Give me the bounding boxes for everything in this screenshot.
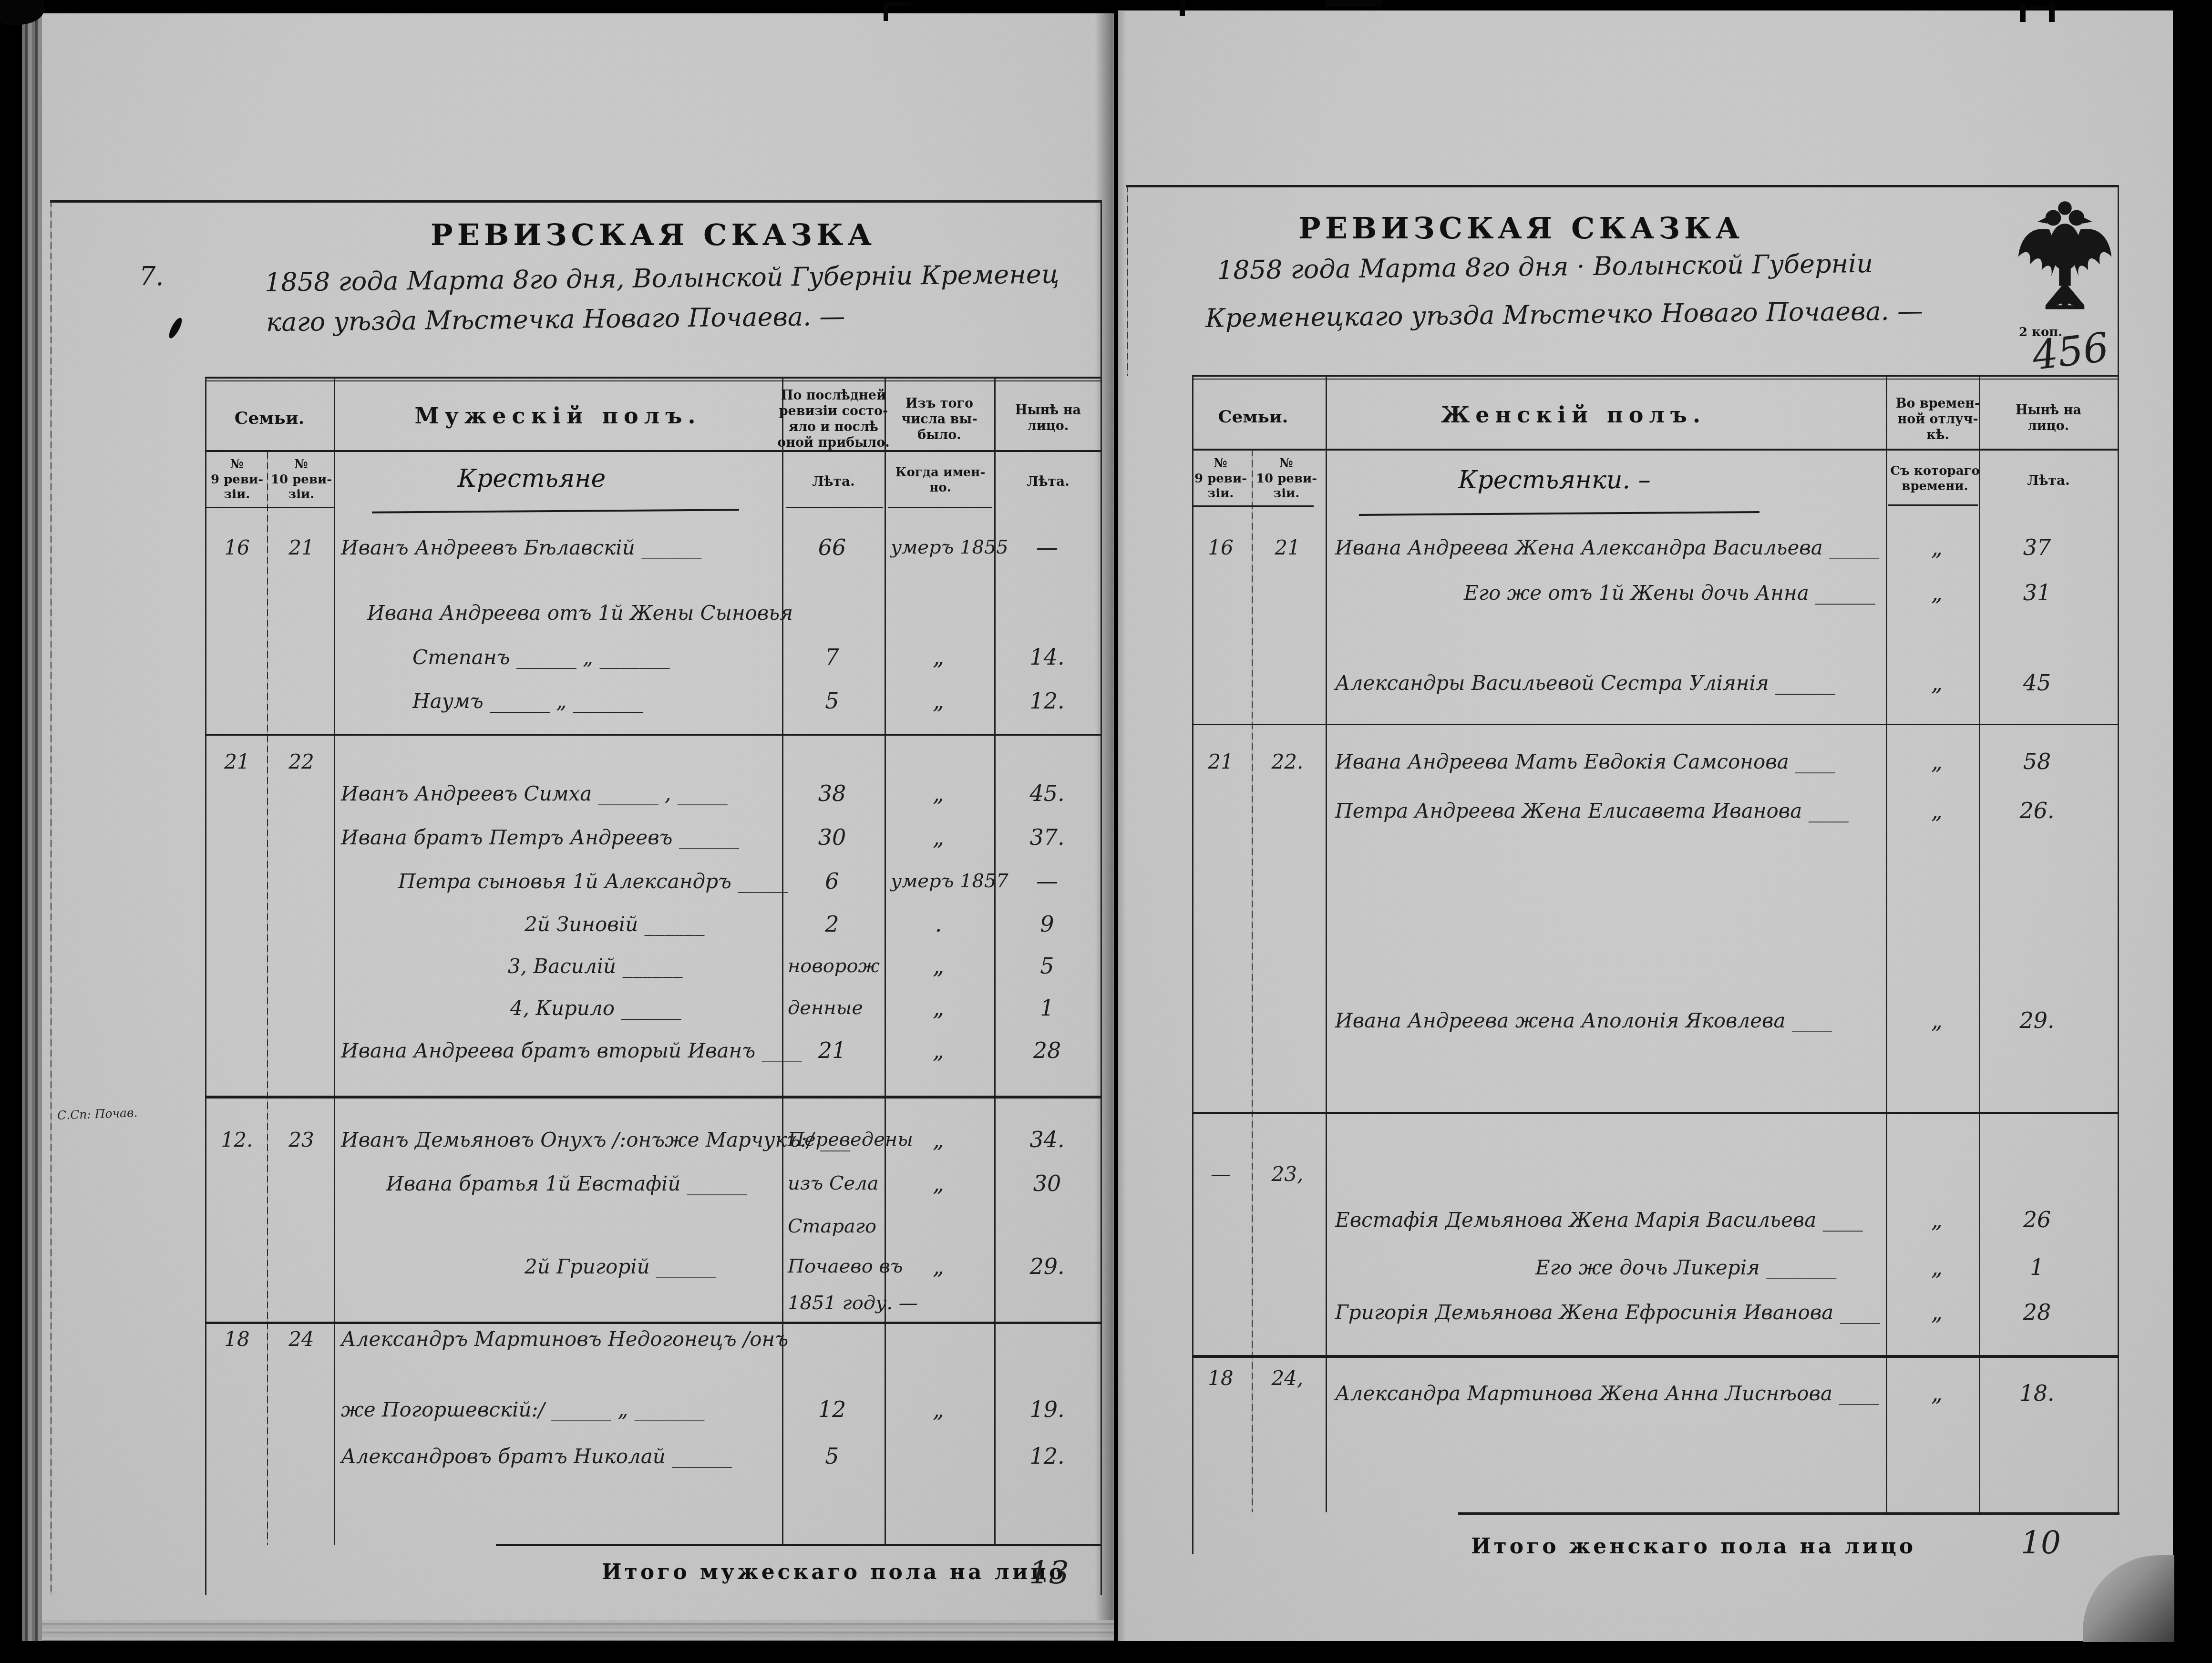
age-now: 12.	[1029, 1443, 1064, 1469]
left-subcol-when-header: Когда имен- но.	[895, 465, 985, 495]
age-now: 34.	[1029, 1127, 1064, 1152]
departure-note: „	[933, 1253, 944, 1279]
left-col-sex-header: Мужескій полъ.	[414, 402, 701, 429]
person-entry: Его же дочь Ликерія _______	[1535, 1256, 1836, 1279]
age-at-last-revision: изъ Села	[788, 1172, 879, 1194]
left-subcol-leta2-header: Лѣта.	[1027, 473, 1070, 490]
person-entry: 2й Зиновій ______	[525, 913, 705, 936]
age-at-last-revision: 30	[818, 824, 846, 850]
scan-artifact	[1180, 0, 1185, 16]
left-subheader-underline	[888, 507, 992, 508]
family-number-rev10: 23	[288, 1128, 314, 1151]
age-now: 37.	[1029, 824, 1064, 850]
left-col-divider	[334, 378, 335, 1545]
scan-artifact	[1326, 0, 1382, 7]
family-number-rev9: 18	[224, 1327, 249, 1351]
age-now: 26	[2023, 1207, 2051, 1232]
right-page-title: РЕВИЗСКАЯ СКАЗКА	[1298, 211, 1744, 246]
person-entry: 3, Василій ______	[508, 955, 682, 978]
age-now: —	[1036, 868, 1058, 894]
left-col-lastrevision-header: По послѣдней ревизіи состо- яло и послѣ …	[777, 388, 889, 451]
family-number-rev9: 16	[224, 536, 249, 559]
left-subcol-rev10-header: № 10 реви- зіи.	[271, 457, 332, 503]
right-table-border-left	[1192, 376, 1193, 1554]
age-now: 12.	[1029, 688, 1064, 714]
scan-artifact	[2020, 3, 2026, 22]
left-subheader-underline	[205, 507, 334, 508]
imperial-eagle-stamp-icon	[2016, 196, 2114, 323]
age-at-last-revision: Почаево въ	[788, 1255, 903, 1277]
departure-note: „	[933, 780, 944, 806]
person-entry: Александръ Мартиновъ Недогонецъ /онъ	[341, 1327, 788, 1351]
person-entry: Наумъ ______ „ _______	[412, 689, 643, 713]
book-gutter-shadow	[1095, 11, 1126, 1642]
age-at-last-revision: 12	[818, 1396, 846, 1422]
absence-note: „	[1931, 1299, 1943, 1325]
left-col-departed-header: Изъ того числа вы- было.	[901, 396, 977, 443]
age-now: 9	[1040, 911, 1054, 937]
person-entry: Александра Мартинова Жена Анна Лиснѣова …	[1335, 1382, 1879, 1405]
left-total-rule	[496, 1544, 1101, 1546]
age-now: —	[1036, 534, 1058, 560]
page-number-handwritten: 456	[2030, 324, 2111, 380]
departure-note: „	[933, 1170, 944, 1196]
family-separator	[205, 734, 1101, 736]
right-total-value: 10	[2021, 1524, 2061, 1561]
person-entry: Его же отъ 1й Жены дочь Анна ______	[1464, 581, 1875, 605]
person-entry: Иванъ Андреевъ Бѣлавскій ______	[341, 536, 701, 559]
person-entry: 4, Кирило ______	[510, 996, 681, 1020]
departure-note: „	[933, 824, 944, 850]
age-now: 18.	[2019, 1380, 2054, 1406]
left-table-top-rule2	[205, 380, 1101, 381]
person-entry: Евстафія Демьянова Жена Марія Васильева …	[1335, 1208, 1863, 1232]
left-total-label: Итого мужескаго пола на лицо	[602, 1560, 1066, 1584]
family-separator	[1192, 724, 2119, 725]
person-entry: Степанъ ______ „ _______	[412, 646, 669, 669]
person-entry: Иванъ Демьяновъ Онухъ /:онъже Марчукъ:/ …	[341, 1128, 850, 1151]
right-estate-handwritten: Крестьянки. –	[1458, 465, 1650, 495]
left-page-title: РЕВИЗСКАЯ СКАЗКА	[431, 217, 876, 252]
departure-note: „	[933, 1396, 944, 1422]
person-entry: Петра сыновья 1й Александръ _____	[398, 870, 788, 893]
age-at-last-revision: 5	[825, 1443, 839, 1469]
family-number-rev10: 22.	[1272, 750, 1304, 773]
left-table-top-rule	[205, 377, 1101, 379]
left-header-top-rule	[50, 200, 1101, 203]
family-number-rev10: 21	[1275, 536, 1300, 559]
departure-note: „	[933, 688, 944, 714]
left-col-divider	[885, 378, 886, 1545]
person-entry: Ивана братъ Петръ Андреевъ ______	[341, 826, 739, 849]
left-table-border-left	[205, 378, 206, 1595]
absence-note: „	[1931, 798, 1943, 823]
age-now: 28	[1033, 1037, 1061, 1063]
family-number-rev9: 18	[1208, 1366, 1233, 1390]
person-entry: Ивана Андреева жена Аполонія Яковлева __…	[1335, 1009, 1832, 1032]
age-at-last-revision: 5	[825, 688, 839, 714]
age-at-last-revision: Стараго	[788, 1215, 876, 1237]
left-table-header-rule	[205, 450, 1101, 452]
right-subheader-underline	[1888, 504, 1978, 506]
left-subheader-underline	[786, 507, 883, 508]
scan-artifact	[2049, 1, 2055, 22]
left-table-border-right	[1101, 200, 1102, 1595]
person-entry: Ивана Андреева братъ вторый Иванъ ____	[341, 1039, 802, 1062]
person-entry: Александровъ братъ Николай ______	[341, 1445, 732, 1468]
age-now: 31	[2023, 580, 2051, 606]
left-margin-note: С.Сп: Почав.	[57, 1106, 138, 1122]
age-now: 1	[1040, 995, 1054, 1021]
age-at-last-revision: новорож	[788, 955, 880, 977]
person-entry: Ивана братья 1й Евстафій ______	[386, 1172, 747, 1195]
right-subheader-underline	[1192, 505, 1314, 507]
person-entry: Ивана Андреева отъ 1й Жены Сыновья	[367, 601, 793, 625]
family-number-rev9: 12.	[221, 1128, 253, 1151]
person-entry: Петра Андреева Жена Елисавета Иванова __…	[1335, 799, 1849, 822]
absence-note: „	[1931, 580, 1943, 606]
revision-list-scan: РЕВИЗСКАЯ СКАЗКА 1858 года Марта 8го дня…	[0, 0, 2212, 1663]
departure-note: умеръ 1855	[891, 536, 1008, 558]
family-number-rev10: 21	[288, 536, 314, 559]
left-header-handwritten-line2: каго уѣзда Мѣстечка Новаго Почаева. —	[266, 301, 845, 338]
right-subcol-since-header: Съ котораго времени.	[1890, 464, 1980, 494]
age-now: 58	[2023, 749, 2051, 774]
age-at-last-revision: 7	[825, 644, 839, 670]
departure-note: „	[933, 953, 944, 979]
person-entry: Ивана Андреева Мать Евдокія Самсонова __…	[1335, 750, 1835, 773]
left-col-divider-rev	[267, 452, 268, 1545]
family-number-rev9: 16	[1208, 536, 1233, 559]
right-total-rule	[1458, 1512, 2119, 1515]
right-col-present-header: Нынѣ на лицо.	[2016, 403, 2081, 434]
person-entry: Григорія Демьянова Жена Ефросинія Иванов…	[1335, 1301, 1880, 1324]
absence-note: „	[1931, 1207, 1943, 1232]
age-now: 29.	[2019, 1007, 2054, 1033]
age-at-last-revision: 1851 году. —	[788, 1292, 918, 1314]
absence-note: „	[1931, 1254, 1943, 1280]
right-table-border-right	[2118, 185, 2119, 1512]
left-col-present-header: Нынѣ на лицо.	[1015, 403, 1081, 434]
age-now: 1	[2030, 1254, 2044, 1280]
person-entry: Иванъ Андреевъ Симха ______ , _____	[341, 782, 728, 805]
age-at-last-revision: Переведены	[788, 1129, 913, 1150]
family-number-rev10: 24,	[1272, 1366, 1304, 1390]
book-left-page-edges	[22, 16, 43, 1641]
left-estate-handwritten: Крестьяне	[458, 464, 606, 494]
age-now: 19.	[1029, 1396, 1064, 1422]
right-col-divider	[1326, 376, 1327, 1512]
left-margin-rule	[51, 200, 51, 1595]
age-now: 26.	[2019, 798, 2054, 823]
departure-note: умеръ 1857	[891, 870, 1008, 892]
right-col-divider	[1979, 376, 1980, 1512]
family-number-rev9: 21	[1208, 750, 1233, 773]
family-number-rev9: —	[1211, 1162, 1231, 1186]
right-col-family-header: Семьи.	[1218, 407, 1288, 428]
age-now: 28	[2023, 1299, 2051, 1325]
right-col-absence-header: Во времен- ной отлуч- кѣ.	[1896, 396, 1980, 443]
person-entry: Ивана Андреева Жена Александра Васильева…	[1335, 536, 1879, 559]
left-subcol-leta-header: Лѣта.	[812, 473, 855, 490]
left-col-family-header: Семьи.	[235, 408, 305, 429]
age-at-last-revision: 2	[825, 911, 839, 937]
departure-note: „	[933, 644, 944, 670]
left-col-divider	[782, 378, 783, 1545]
right-col-sex-header: Женскій полъ.	[1441, 401, 1706, 428]
family-number-rev10: 23,	[1272, 1162, 1304, 1186]
bottom-page-edges	[42, 1620, 1114, 1641]
absence-note: „	[1931, 1380, 1943, 1406]
left-subcol-rev9-header: № 9 реви- зіи.	[211, 457, 263, 503]
family-separator	[1192, 1355, 2119, 1358]
person-entry: 2й Григорій ______	[525, 1255, 716, 1278]
departure-note: „	[933, 995, 944, 1021]
age-now: 45	[2023, 670, 2051, 696]
right-subcol-rev9-header: № 9 реви- зіи.	[1194, 456, 1247, 502]
absence-note: „	[1931, 749, 1943, 774]
family-separator	[205, 1322, 1101, 1324]
right-col-divider	[1886, 376, 1887, 1512]
absence-note: „	[1931, 670, 1943, 696]
age-now: 30	[1033, 1170, 1061, 1196]
family-separator	[1192, 1112, 2119, 1114]
age-at-last-revision: 66	[818, 534, 846, 560]
age-now: 5	[1040, 953, 1054, 979]
right-total-label: Итого женскаго пола на лицо	[1471, 1534, 1916, 1559]
family-number-rev9: 21	[224, 750, 249, 773]
scan-artifact	[884, 2, 888, 21]
right-subcol-leta-header: Лѣта.	[2027, 472, 2070, 489]
family-separator	[205, 1096, 1101, 1098]
departure-note: „	[933, 1037, 944, 1063]
family-number-rev10: 22	[288, 750, 314, 773]
right-col-divider-rev	[1252, 450, 1253, 1512]
right-subcol-rev10-header: № 10 реви- зіи.	[1256, 456, 1317, 502]
absence-note: „	[1931, 534, 1943, 560]
person-entry: Александры Васильевой Сестра Уліянія ___…	[1335, 671, 1835, 695]
right-header-top-rule	[1126, 185, 2119, 187]
departure-note: „	[933, 1127, 944, 1152]
departure-note: .	[935, 911, 942, 937]
left-corner-mark: 7.	[139, 261, 164, 291]
family-number-rev10: 24	[288, 1327, 314, 1351]
age-now: 37	[2023, 534, 2051, 560]
age-at-last-revision: денные	[788, 997, 863, 1019]
scan-artifact	[2030, 6, 2047, 10]
left-total-value: 13	[1029, 1554, 1069, 1591]
age-at-last-revision: 6	[825, 868, 839, 894]
absence-note: „	[1931, 1007, 1943, 1033]
age-at-last-revision: 21	[818, 1037, 846, 1063]
person-entry: же Погоршевскій:/ ______ „ _______	[341, 1398, 705, 1421]
age-now: 14.	[1029, 644, 1064, 670]
age-now: 45.	[1029, 780, 1064, 806]
age-now: 29.	[1029, 1253, 1064, 1279]
age-at-last-revision: 38	[818, 780, 846, 806]
right-header-left-rule	[1127, 185, 1128, 376]
